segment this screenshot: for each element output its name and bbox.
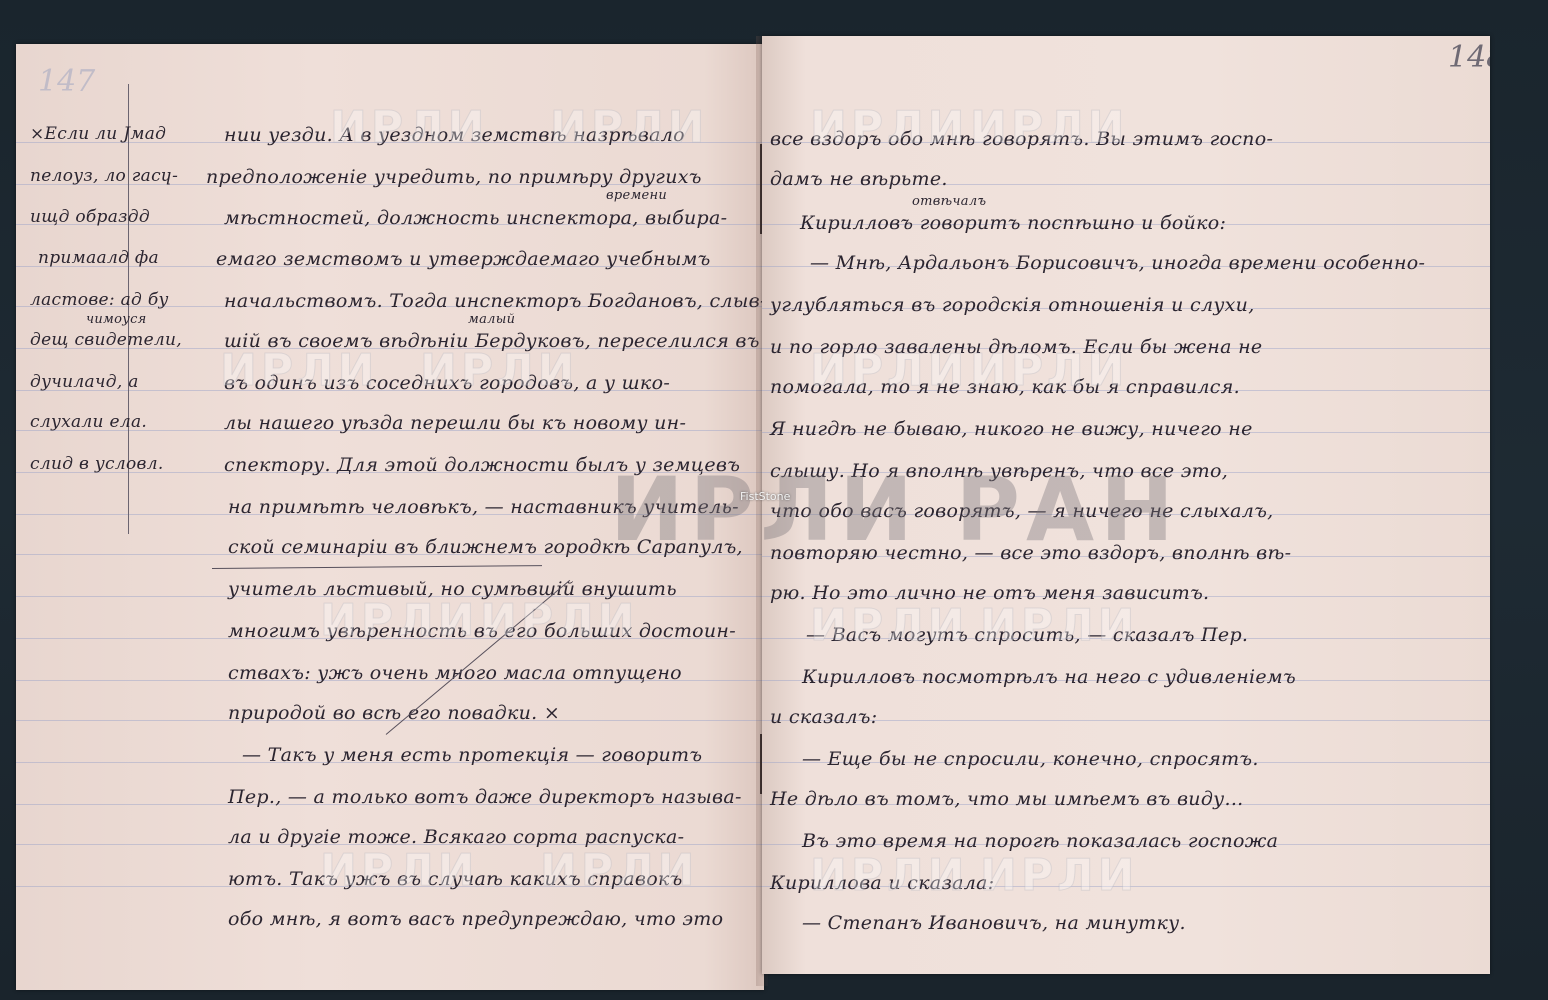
text-line: учитель льстивый, но сумѣвшій внушить — [228, 578, 677, 600]
text-line: — Васъ могутъ спросить, — сказалъ Пер. — [806, 624, 1248, 646]
text-line: — Еще бы не спросили, конечно, спросятъ. — [802, 748, 1259, 770]
text-line: повторяю честно, — все это вздоръ, вполн… — [770, 542, 1291, 564]
text-line: мѣстностей, должность инспектора, выбира… — [224, 207, 727, 229]
margin-note: ластове: ад бу — [30, 290, 169, 310]
text-line: и сказалъ: — [770, 706, 877, 728]
text-line: на примѣтѣ человѣкъ, — наставникъ учител… — [228, 496, 739, 518]
text-line: Кирилловъ посмотрѣлъ на него с удивленіе… — [802, 666, 1296, 688]
left-page: 147 ×Если ли Јмад пелоуз, ло гасɥ- ищд о… — [16, 44, 764, 990]
text-line: ла и другіе тоже. Всякаго сорта распуска… — [228, 826, 684, 848]
margin-note: примаалд фа — [38, 248, 159, 268]
text-line: ской семинаріи въ ближнемъ городкѣ Сарап… — [228, 536, 743, 558]
text-line: природой во всѣ его повадки. × — [228, 702, 560, 724]
underline-stroke — [212, 565, 542, 569]
interlinear-insertion: отвѣчалъ — [912, 194, 986, 209]
text-line: шій въ своемъ вѣдѣніи Бердуковъ, пересел… — [224, 330, 760, 352]
text-line: ствахъ: ужъ очень много масла отпущено — [228, 662, 682, 684]
text-line: начальствомъ. Тогда инспекторъ Богдановъ… — [224, 290, 764, 312]
text-line: обо мнѣ, я вотъ васъ предупреждаю, что э… — [228, 908, 723, 930]
text-line: и по горло завалены дѣломъ. Если бы жена… — [770, 336, 1262, 358]
interlinear-insertion: малый — [468, 312, 515, 327]
margin-note: слухали ела. — [30, 412, 147, 432]
text-line: Въ это время на порогѣ показалась госпож… — [802, 830, 1278, 852]
text-line: — Мнѣ, Ардальонъ Борисовичъ, иногда врем… — [810, 252, 1425, 274]
text-line: Я нигдѣ не бываю, никого не вижу, ничего… — [770, 418, 1253, 440]
text-line: лы нашего уѣзда перешли бы къ новому ин- — [224, 412, 686, 434]
text-line: углубляться въ городскія отношенія и слу… — [770, 294, 1255, 316]
text-line: спектору. Для этой должности былъ у земц… — [224, 454, 740, 476]
margin-note: ×Если ли Јмад — [30, 124, 166, 144]
text-line: дамъ не вѣрьте. — [770, 168, 948, 190]
text-line: — Степанъ Ивановичъ, на минутку. — [802, 912, 1186, 934]
folio-number: 147 — [38, 64, 95, 99]
margin-note: ищд образдд — [30, 207, 150, 227]
text-line: Пер., — а только вотъ даже директоръ наз… — [228, 786, 742, 808]
text-line: слышу. Но я вполнѣ увѣренъ, что все это, — [770, 460, 1228, 482]
text-line: емаго земствомъ и утверждаемаго учебнымъ — [216, 248, 711, 270]
interlinear-insertion: времени — [606, 188, 667, 203]
margin-note: слид в условл. — [30, 454, 164, 474]
folio-number: 148. — [1448, 40, 1490, 75]
text-line: Кирилловъ говоритъ поспѣшно и бойко: — [800, 212, 1226, 234]
margin-insertion: чимоуся — [86, 312, 147, 327]
text-line: помогала, то я не знаю, как бы я справил… — [770, 376, 1240, 398]
margin-note: пелоуз, ло гасɥ- — [30, 166, 178, 186]
text-line: въ одинъ изъ соседнихъ городовъ, а у шко… — [224, 372, 670, 394]
text-line: нии уезди. А в уездном земствѣ назрѣвало — [224, 124, 685, 146]
text-line: предположеніе учредить, по примѣру други… — [206, 166, 702, 188]
right-page: 148. все вздоръ обо мнѣ говорятъ. Вы эти… — [762, 36, 1490, 974]
text-line: Кириллова и сказала: — [770, 872, 995, 894]
margin-note: дещ свидетели, — [30, 330, 182, 350]
text-line: все вздоръ обо мнѣ говорятъ. Вы этимъ го… — [770, 128, 1273, 150]
text-line: рю. Но это лично не отъ меня зависитъ. — [770, 582, 1209, 604]
text-line: ютъ. Такъ ужъ въ случаѣ какихъ справокъ — [228, 868, 683, 890]
text-line: — Такъ у меня есть протекція — говоритъ — [242, 744, 702, 766]
text-line: Не дѣло въ томъ, что мы имѣемъ въ виду..… — [770, 788, 1244, 810]
text-line: что обо васъ говорятъ, — я ничего не слы… — [770, 500, 1274, 522]
scan-stamp: FistStone — [740, 490, 790, 503]
text-line: многимъ увѣренность въ его больших досто… — [228, 620, 736, 642]
margin-note: дучилачд, а — [30, 372, 139, 392]
